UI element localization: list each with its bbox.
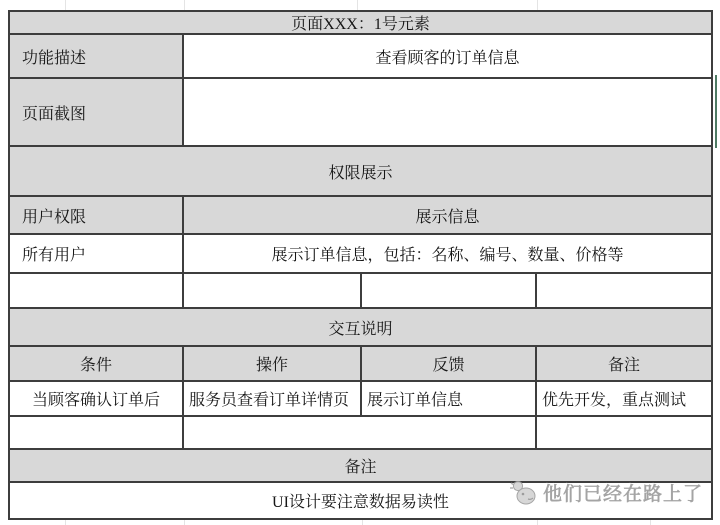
gridline xyxy=(184,0,185,10)
interaction-header-remark: 备注 xyxy=(537,347,711,380)
interaction-header-row: 条件 操作 反馈 备注 xyxy=(10,347,711,382)
screenshot-label: 页面截图 xyxy=(10,79,184,145)
gridline xyxy=(65,520,66,525)
function-label: 功能描述 xyxy=(10,35,184,77)
empty-cell xyxy=(10,274,184,307)
interaction-data-row: 当顾客确认订单后 服务员查看订单详情页 展示订单信息 优先开发，重点测试 xyxy=(10,382,711,417)
function-value: 查看顾客的订单信息 xyxy=(184,35,711,77)
permission-section-title: 权限展示 xyxy=(10,147,711,195)
interaction-operation-value: 服务员查看订单详情页 xyxy=(184,382,362,415)
empty-cell xyxy=(10,417,184,448)
interaction-header-operation: 操作 xyxy=(184,347,362,380)
interaction-feedback-value: 展示订单信息 xyxy=(362,382,537,415)
page-title: 页面XXX：1号元素 xyxy=(10,12,711,33)
interaction-empty-row xyxy=(10,417,711,450)
function-row: 功能描述 查看顾客的订单信息 xyxy=(10,35,711,79)
empty-cell xyxy=(537,274,711,307)
permission-section-row: 权限展示 xyxy=(10,147,711,197)
title-row: 页面XXX：1号元素 xyxy=(10,12,711,35)
gridline xyxy=(537,520,538,525)
cell-selection-edge xyxy=(715,75,717,148)
screenshot-placeholder-cell xyxy=(184,79,711,145)
permission-data-row: 所有用户 展示订单信息，包括：名称、编号、数量、价格等 xyxy=(10,235,711,274)
notes-section-title: 备注 xyxy=(10,450,711,481)
spreadsheet-screenshot: { "table": { "title": "页面XXX：1号元素", "fun… xyxy=(0,0,720,525)
interaction-header-feedback: 反馈 xyxy=(362,347,537,380)
gridline xyxy=(362,520,363,525)
notes-value: UI设计要注意数据易读性 xyxy=(10,483,711,518)
empty-cell xyxy=(362,274,537,307)
empty-cell xyxy=(184,417,537,448)
permission-role-header: 用户权限 xyxy=(10,197,184,233)
interaction-section-title: 交互说明 xyxy=(10,309,711,345)
notes-value-row: UI设计要注意数据易读性 xyxy=(10,483,711,518)
empty-cell xyxy=(537,417,711,448)
permission-info-value: 展示订单信息，包括：名称、编号、数量、价格等 xyxy=(184,235,711,272)
gridline xyxy=(537,0,538,10)
gridline xyxy=(65,0,66,10)
gridline xyxy=(184,520,185,525)
empty-cell xyxy=(184,274,362,307)
requirements-table: 页面XXX：1号元素 功能描述 查看顾客的订单信息 页面截图 权限展示 用户权限… xyxy=(8,10,713,520)
permission-info-header: 展示信息 xyxy=(184,197,711,233)
interaction-condition-value: 当顾客确认订单后 xyxy=(10,382,184,415)
permission-role-value: 所有用户 xyxy=(10,235,184,272)
gridline xyxy=(650,520,651,525)
permission-empty-row xyxy=(10,274,711,309)
interaction-remark-value: 优先开发，重点测试 xyxy=(537,382,711,415)
interaction-header-condition: 条件 xyxy=(10,347,184,380)
interaction-section-row: 交互说明 xyxy=(10,309,711,347)
notes-section-row: 备注 xyxy=(10,450,711,483)
screenshot-row: 页面截图 xyxy=(10,79,711,147)
gridline xyxy=(357,0,358,10)
permission-header-row: 用户权限 展示信息 xyxy=(10,197,711,235)
